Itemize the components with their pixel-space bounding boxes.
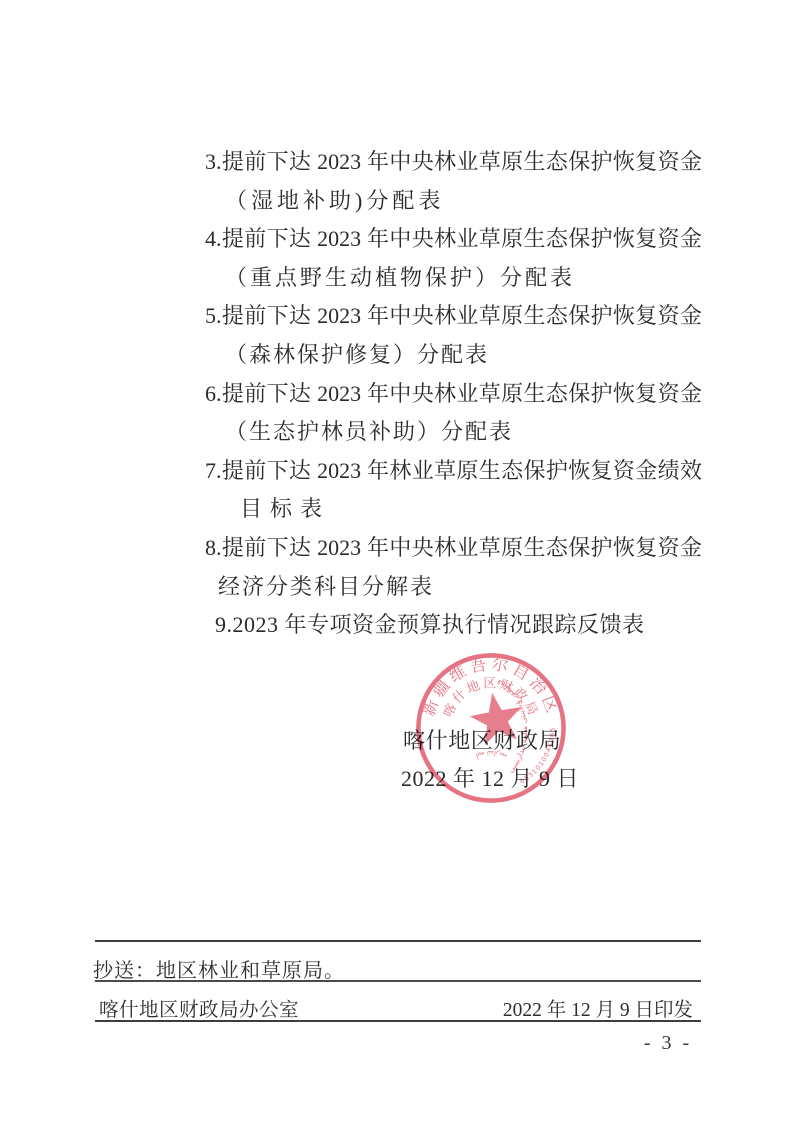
attachment-line: （生态护林员补助）分配表: [205, 413, 702, 452]
issuing-office: 喀什地区财政局办公室: [99, 994, 299, 1022]
attachment-line: 6.提前下达 2023 年中央林业草原生态保护恢复资金: [205, 375, 702, 414]
attachment-line: （重点野生动植物保护）分配表: [205, 259, 702, 298]
attachment-line: 3.提前下达 2023 年中央林业草原生态保护恢复资金: [205, 143, 702, 182]
attachment-line: （湿地补助)分配表: [205, 182, 702, 221]
official-seal-icon: 新疆维吾尔自治区 喀什地区财政局 6531010044365 قەشقەر ۋى…: [412, 649, 570, 807]
attachment-line: 9.2023 年专项资金预算执行情况跟踪反馈表: [205, 606, 702, 645]
attachment-list: 3.提前下达 2023 年中央林业草原生态保护恢复资金（湿地补助)分配表4.提前…: [205, 143, 702, 645]
document-page: 3.提前下达 2023 年中央林业草原生态保护恢复资金（湿地补助)分配表4.提前…: [0, 0, 793, 1122]
footer-divider-bottom: [95, 1020, 701, 1022]
attachment-line: 5.提前下达 2023 年中央林业草原生态保护恢复资金: [205, 297, 702, 336]
attachment-line: 目标表: [205, 490, 702, 529]
print-date: 2022 年 12 月 9 日印发: [503, 994, 693, 1022]
attachment-line: 经济分类科目分解表: [205, 568, 702, 607]
attachment-line: 7.提前下达 2023 年林业草原生态保护恢复资金绩效: [205, 452, 702, 491]
attachment-line: （森林保护修复）分配表: [205, 336, 702, 375]
cc-line: 抄送：地区林业和草原局。: [93, 954, 345, 983]
attachment-line: 4.提前下达 2023 年中央林业草原生态保护恢复资金: [205, 220, 702, 259]
footer-divider-middle: [95, 980, 701, 982]
footer-divider-top: [95, 940, 701, 942]
attachment-line: 8.提前下达 2023 年中央林业草原生态保护恢复资金: [205, 529, 702, 568]
page-number: - 3 -: [638, 1032, 698, 1055]
